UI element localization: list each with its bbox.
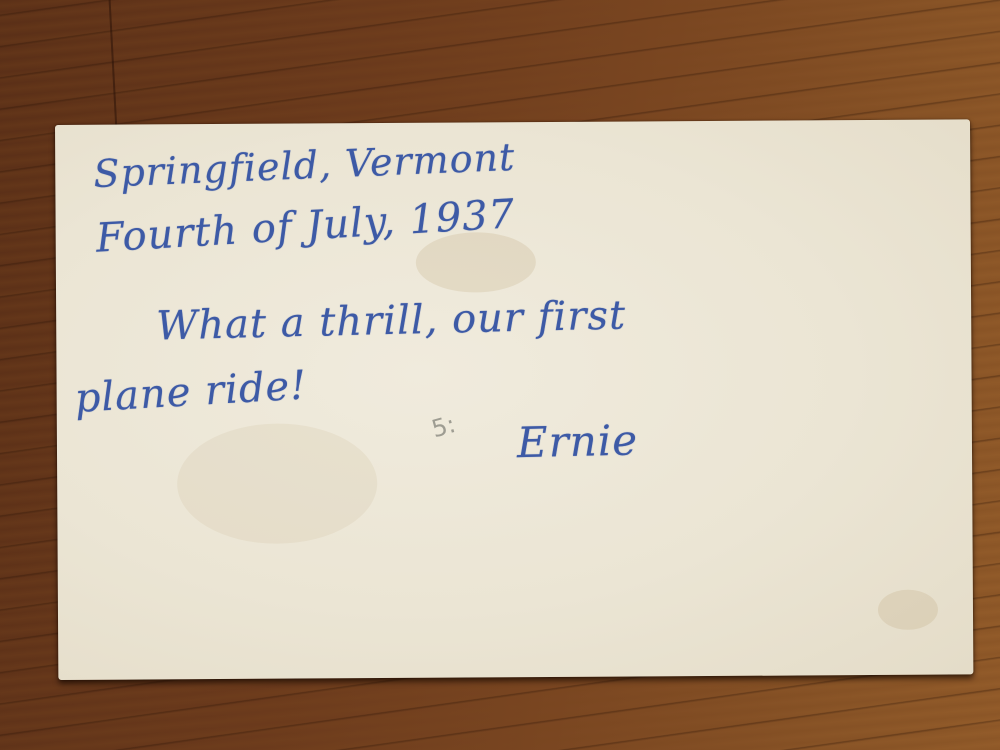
handwriting-location: Springfield, Vermont: [93, 135, 517, 196]
handwriting-message-line2: plane ride!: [73, 362, 308, 422]
pencil-mark: 5:: [429, 410, 459, 443]
handwriting-signature: Ernie: [516, 415, 638, 467]
handwriting-message-line1: What a thrill, our first: [156, 292, 627, 349]
wood-grain-seam: [109, 0, 118, 130]
photo-card-back: Springfield, Vermont Fourth of July, 193…: [55, 119, 973, 680]
age-stain: [878, 590, 938, 630]
age-stain: [177, 423, 378, 544]
